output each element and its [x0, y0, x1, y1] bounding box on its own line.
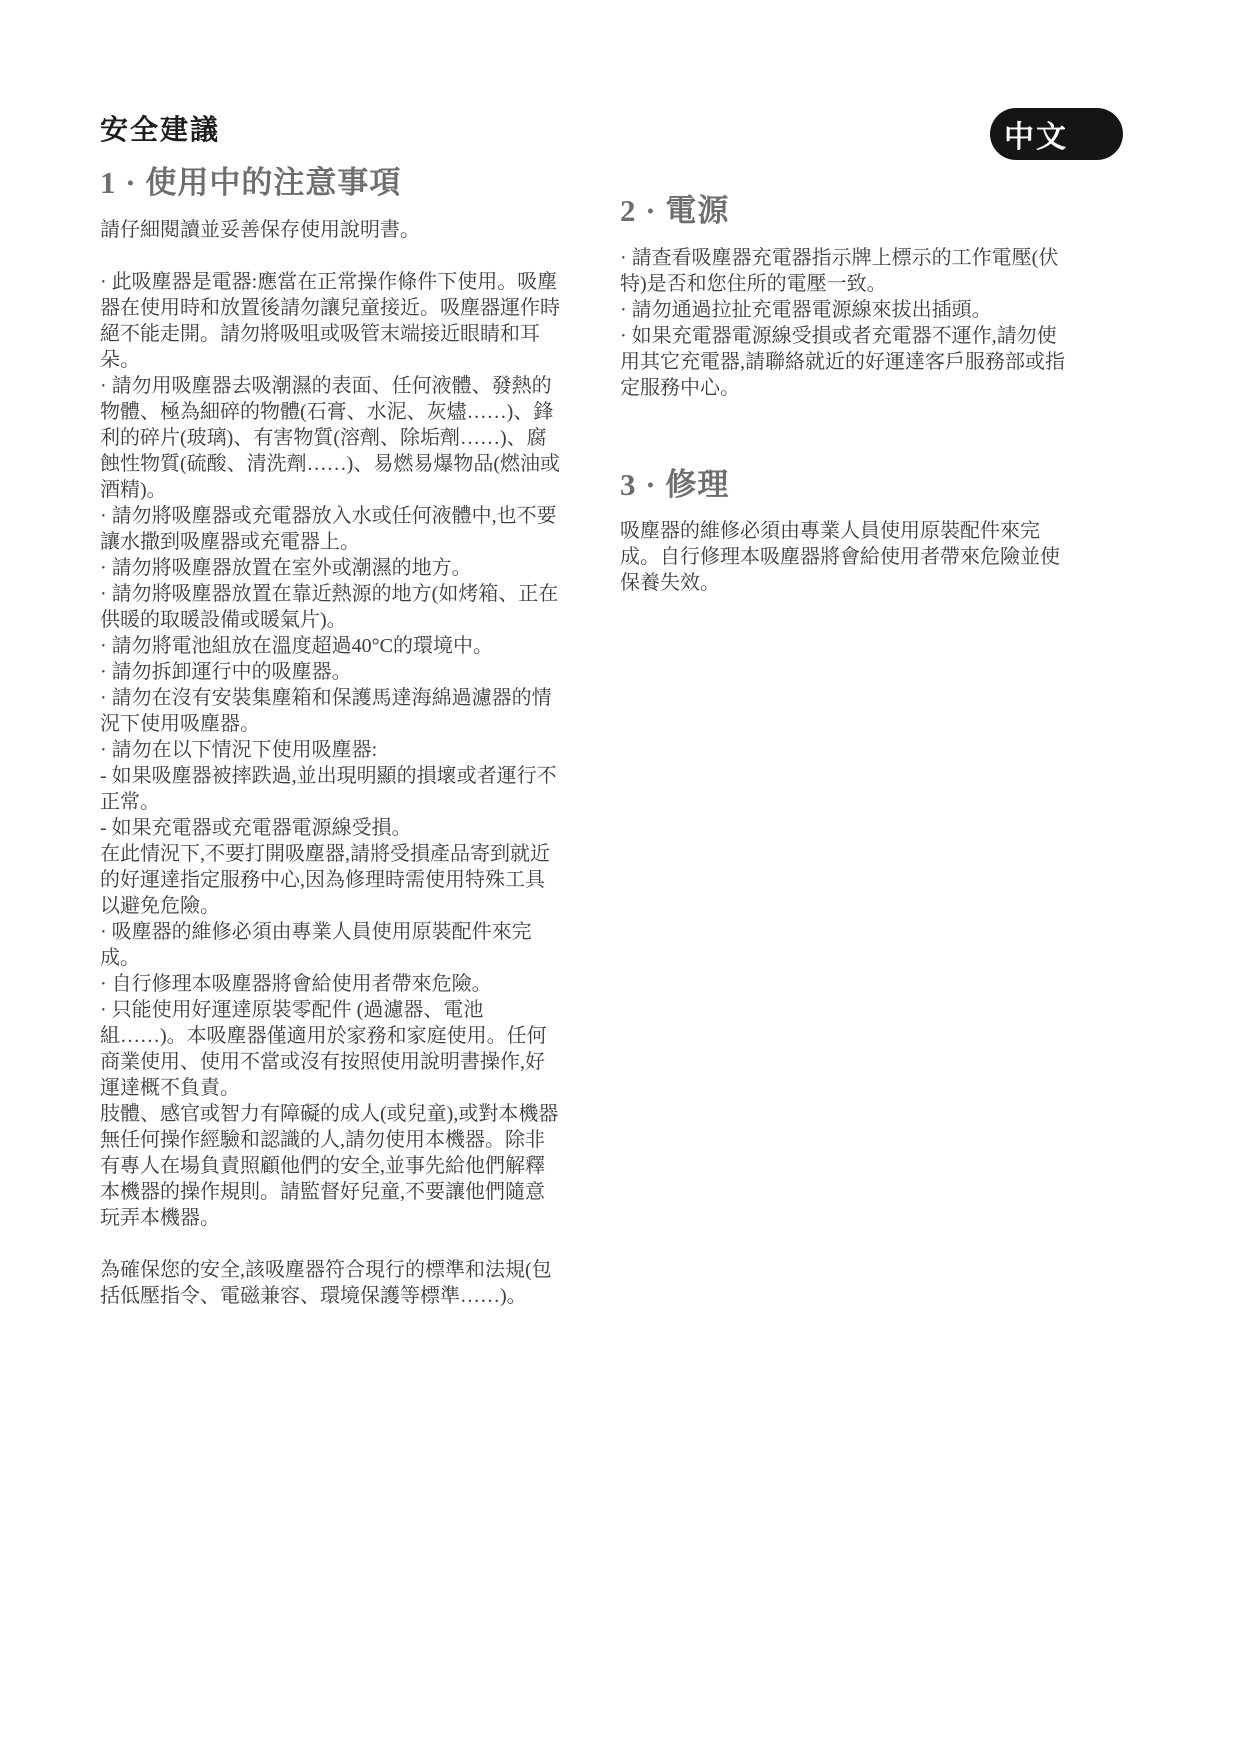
- section-1-heading: 1 · 使用中的注意事項: [100, 165, 562, 201]
- right-column: 2 · 電源 · 請查看吸塵器充電器指示牌上標示的工作電壓(伏特)是否和您住所的…: [620, 165, 1072, 1309]
- section-1-bullet: · 請勿將吸塵器放置在室外或潮濕的地方。: [100, 555, 562, 581]
- section-1-bullet: 肢體、感官或智力有障礙的成人(或兒童),或對本機器無任何操作經驗和認識的人,請勿…: [100, 1101, 562, 1231]
- section-1-bullet: · 請勿將吸塵器或充電器放入水或任何液體中,也不要讓水撒到吸塵器或充電器上。: [100, 503, 562, 555]
- spacer: [100, 243, 562, 269]
- section-3-heading: 3 · 修理: [620, 467, 1072, 503]
- doc-title: 安全建議: [100, 108, 220, 148]
- section-1-bullet: · 請勿拆卸運行中的吸塵器。: [100, 659, 562, 685]
- section-1-bullet: · 此吸塵器是電器:應當在正常操作條件下使用。吸塵器在使用時和放置後請勿讓兒童接…: [100, 269, 562, 373]
- section-2-bullet: · 請查看吸塵器充電器指示牌上標示的工作電壓(伏特)是否和您住所的電壓一致。: [620, 245, 1072, 297]
- spacer: [100, 1231, 562, 1257]
- section-2-bullet: · 請勿通過拉扯充電器電源線來拔出插頭。: [620, 297, 1072, 323]
- section-1-bullet: · 請勿將吸塵器放置在靠近熱源的地方(如烤箱、正在供暖的取暖設備或暖氣片)。: [100, 581, 562, 633]
- section-1-bullet: 在此情況下,不要打開吸塵器,請將受損產品寄到就近的好運達指定服務中心,因為修理時…: [100, 841, 562, 919]
- section-2-heading: 2 · 電源: [620, 193, 1072, 229]
- section-1-footer: 為確保您的安全,該吸塵器符合現行的標準和法規(包括低壓指令、電磁兼容、環境保護等…: [100, 1257, 562, 1309]
- section-2-bullet: · 如果充電器電源線受損或者充電器不運作,請勿使用其它充電器,請聯絡就近的好運達…: [620, 323, 1072, 401]
- section-1-bullet: · 吸塵器的維修必須由專業人員使用原裝配件來完成。: [100, 919, 562, 971]
- manual-page: 安全建議 中文 1 · 使用中的注意事項 請仔細閱讀並妥善保存使用說明書。 · …: [0, 0, 1241, 1754]
- section-1-bullet: - 如果吸塵器被摔跌過,並出現明顯的損壞或者運行不正常。: [100, 763, 562, 815]
- section-1-bullet: - 如果充電器或充電器電源線受損。: [100, 815, 562, 841]
- section-3-body: 吸塵器的維修必須由專業人員使用原裝配件來完成。自行修理本吸塵器將會給使用者帶來危…: [620, 518, 1072, 596]
- left-column: 1 · 使用中的注意事項 請仔細閱讀並妥善保存使用說明書。 · 此吸塵器是電器:…: [100, 165, 562, 1309]
- language-badge: 中文: [990, 108, 1123, 160]
- content-columns: 1 · 使用中的注意事項 請仔細閱讀並妥善保存使用說明書。 · 此吸塵器是電器:…: [100, 165, 1140, 1309]
- section-1-bullet: · 請勿在以下情況下使用吸塵器:: [100, 737, 562, 763]
- section-1-intro: 請仔細閱讀並妥善保存使用說明書。: [100, 217, 562, 243]
- language-badge-label: 中文: [1004, 112, 1068, 156]
- section-1-bullet: · 只能使用好運達原裝零配件 (過濾器、電池組……)。本吸塵器僅適用於家務和家庭…: [100, 997, 562, 1101]
- section-1-bullet: · 請勿在沒有安裝集塵箱和保護馬達海綿過濾器的情況下使用吸塵器。: [100, 685, 562, 737]
- section-1-bullet: · 請勿用吸塵器去吸潮濕的表面、任何液體、發熱的物體、極為細碎的物體(石膏、水泥…: [100, 373, 562, 503]
- section-1-bullet: · 請勿將電池組放在溫度超過40°C的環境中。: [100, 633, 562, 659]
- section-1-bullet: · 自行修理本吸塵器將會給使用者帶來危險。: [100, 971, 562, 997]
